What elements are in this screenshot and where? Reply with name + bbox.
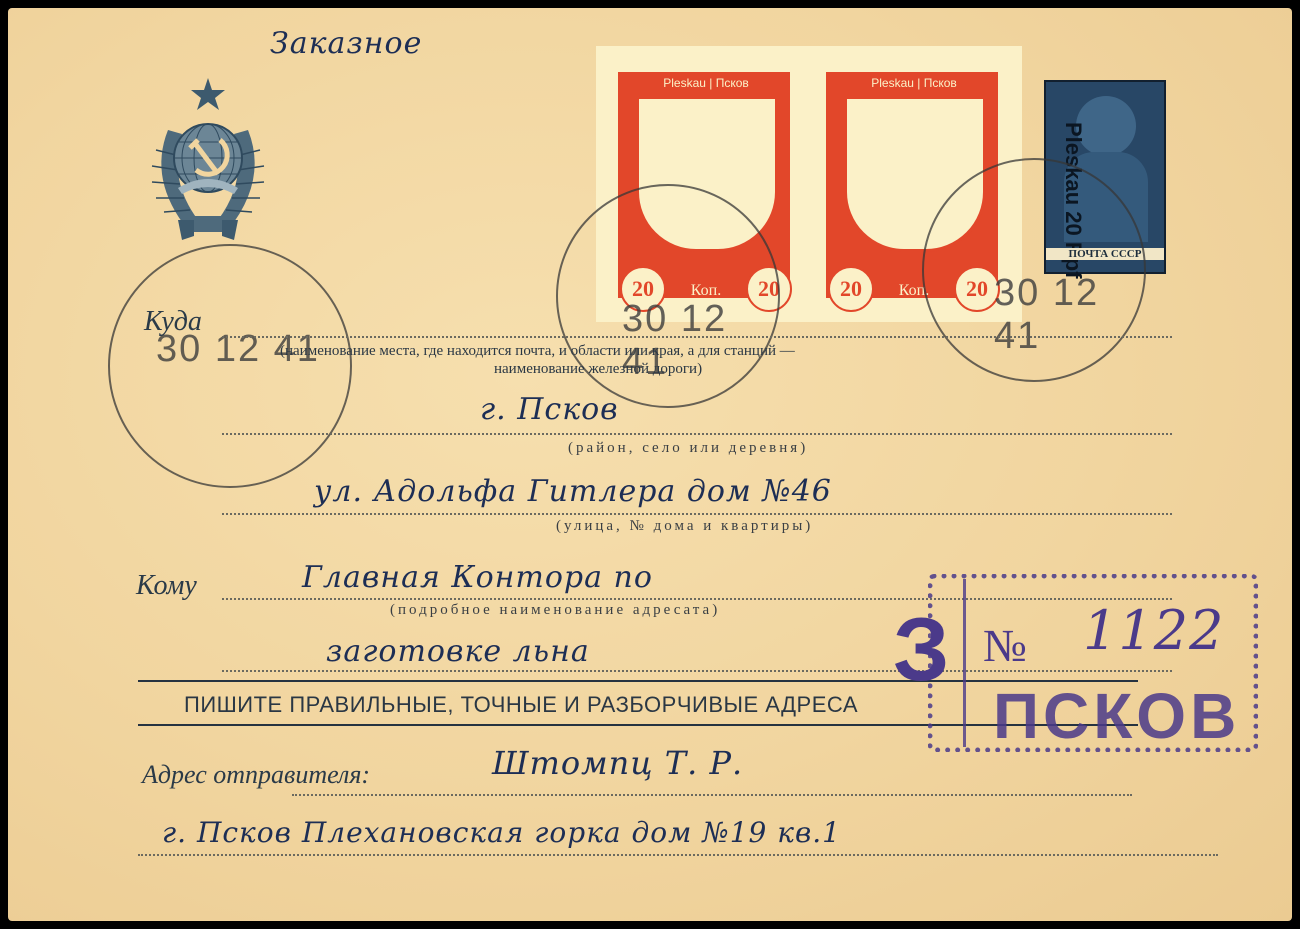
to-where-caption-2: наименование железной дороги) <box>494 361 702 378</box>
to-where-caption-1: (наименование места, где находится почта… <box>280 343 795 360</box>
ussr-coat-of-arms-icon <box>138 70 278 255</box>
registration-number: 1122 <box>1083 599 1224 662</box>
district-caption: (район, село или деревня) <box>568 440 808 457</box>
to-where-label: Куда <box>144 306 202 338</box>
to-whom-label: Кому <box>136 570 197 602</box>
postmark-right: 30 12 41 <box>922 158 1146 382</box>
registered-note: Заказное <box>270 26 422 61</box>
recipient-name-line2: заготовке льна <box>326 634 590 669</box>
recipient-street: ул. Адольфа Гитлера дом №46 <box>314 474 832 509</box>
postmark-left: 30 12 41 <box>108 244 352 488</box>
sender-label: Адрес отправителя: <box>142 760 370 790</box>
sender-name: Штомпц Т. Р. <box>492 744 743 782</box>
recipient-caption: (подробное наименование адресата) <box>390 602 720 619</box>
postal-envelope: Заказное Pleskau | Псков 20 20 Коп. Ples… <box>8 8 1292 921</box>
street-caption: (улица, № дома и квартиры) <box>556 518 813 535</box>
registration-label: З № 1122 ПСКОВ <box>928 574 1258 752</box>
recipient-name-line1: Главная Контора по <box>302 560 653 595</box>
recipient-city: г. Псков <box>480 392 619 427</box>
address-banner: ПИШИТЕ ПРАВИЛЬНЫЕ, ТОЧНЫЕ И РАЗБОРЧИВЫЕ … <box>184 692 858 718</box>
sender-address: г. Псков Плехановская горка дом №19 кв.1 <box>162 816 841 849</box>
